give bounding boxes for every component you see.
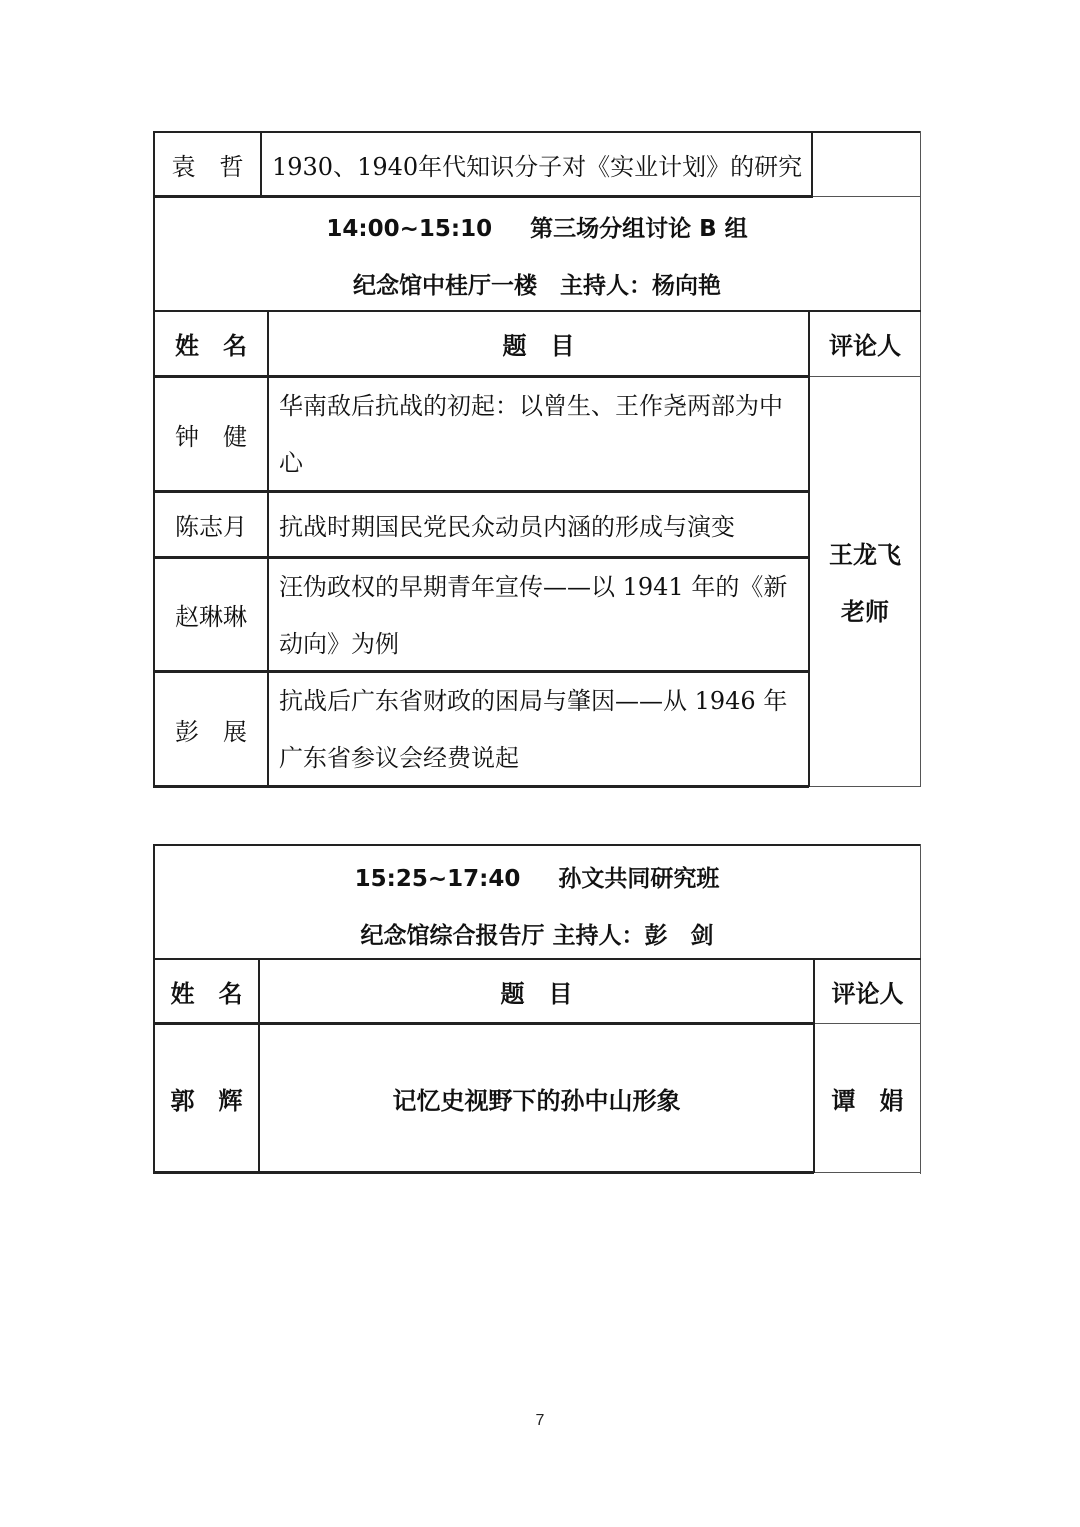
header-title: 题 目	[269, 312, 808, 375]
paper-title: 汪伪政权的早期青年宣传——以 1941 年的《新 动向》为例	[279, 559, 804, 670]
presenter-name: 彭 展	[155, 673, 267, 785]
presenter-name: 郭 辉	[155, 1025, 258, 1171]
header-commentator: 评论人	[810, 312, 920, 375]
commentator-cell: 王龙飞 老师	[810, 527, 920, 641]
header-name: 姓 名	[155, 960, 258, 1022]
session-time: 15:25~17:40	[355, 866, 521, 892]
paper-title-line: 心	[279, 435, 804, 492]
session-heading: 14:00~15:10第三场分组讨论 B 组	[153, 210, 921, 243]
presenter-name: 陈志月	[155, 493, 267, 556]
session-name: 孙文共同研究班	[558, 866, 719, 892]
header-title: 题 目	[260, 960, 813, 1022]
paper-title: 抗战后广东省财政的困局与肇因——从 1946 年 广东省参议会经费说起	[279, 673, 804, 785]
session-venue-host: 纪念馆综合报告厅 主持人：彭 剑	[153, 917, 921, 950]
carry-row-name: 袁 哲	[155, 133, 260, 195]
paper-title-line: 抗战后广东省财政的困局与肇因——从 1946 年	[279, 673, 804, 730]
paper-title: 记忆史视野下的孙中山形象	[260, 1025, 813, 1171]
paper-title-line: 华南敌后抗战的初起：以曾生、王作尧两部为中	[279, 378, 804, 435]
session-venue-host: 纪念馆中桂厅一楼 主持人：杨向艳	[153, 267, 921, 300]
paper-title: 抗战时期国民党民众动员内涵的形成与演变	[279, 493, 804, 556]
paper-title-line: 广东省参议会经费说起	[279, 730, 804, 787]
paper-title-line: 汪伪政权的早期青年宣传——以 1941 年的《新	[279, 559, 804, 616]
commentator-title: 老师	[810, 584, 920, 641]
presenter-name: 赵琳琳	[155, 559, 267, 670]
paper-title-line: 动向》为例	[279, 616, 804, 673]
session-time: 14:00~15:10	[326, 216, 492, 242]
commentator-name: 王龙飞	[810, 527, 920, 584]
presenter-name: 钟 健	[155, 378, 267, 490]
session-heading: 15:25~17:40孙文共同研究班	[153, 860, 921, 893]
header-commentator: 评论人	[815, 960, 920, 1022]
carry-row-commentator	[813, 133, 920, 195]
paper-title: 华南敌后抗战的初起：以曾生、王作尧两部为中 心	[279, 378, 804, 490]
page-number: 7	[0, 1412, 1080, 1430]
session-name: 第三场分组讨论 B 组	[530, 216, 748, 242]
header-name: 姓 名	[155, 312, 267, 375]
carry-row-title: 1930、1940年代知识分子对《实业计划》的研究	[262, 133, 811, 195]
commentator-name: 谭 娟	[815, 1025, 920, 1171]
